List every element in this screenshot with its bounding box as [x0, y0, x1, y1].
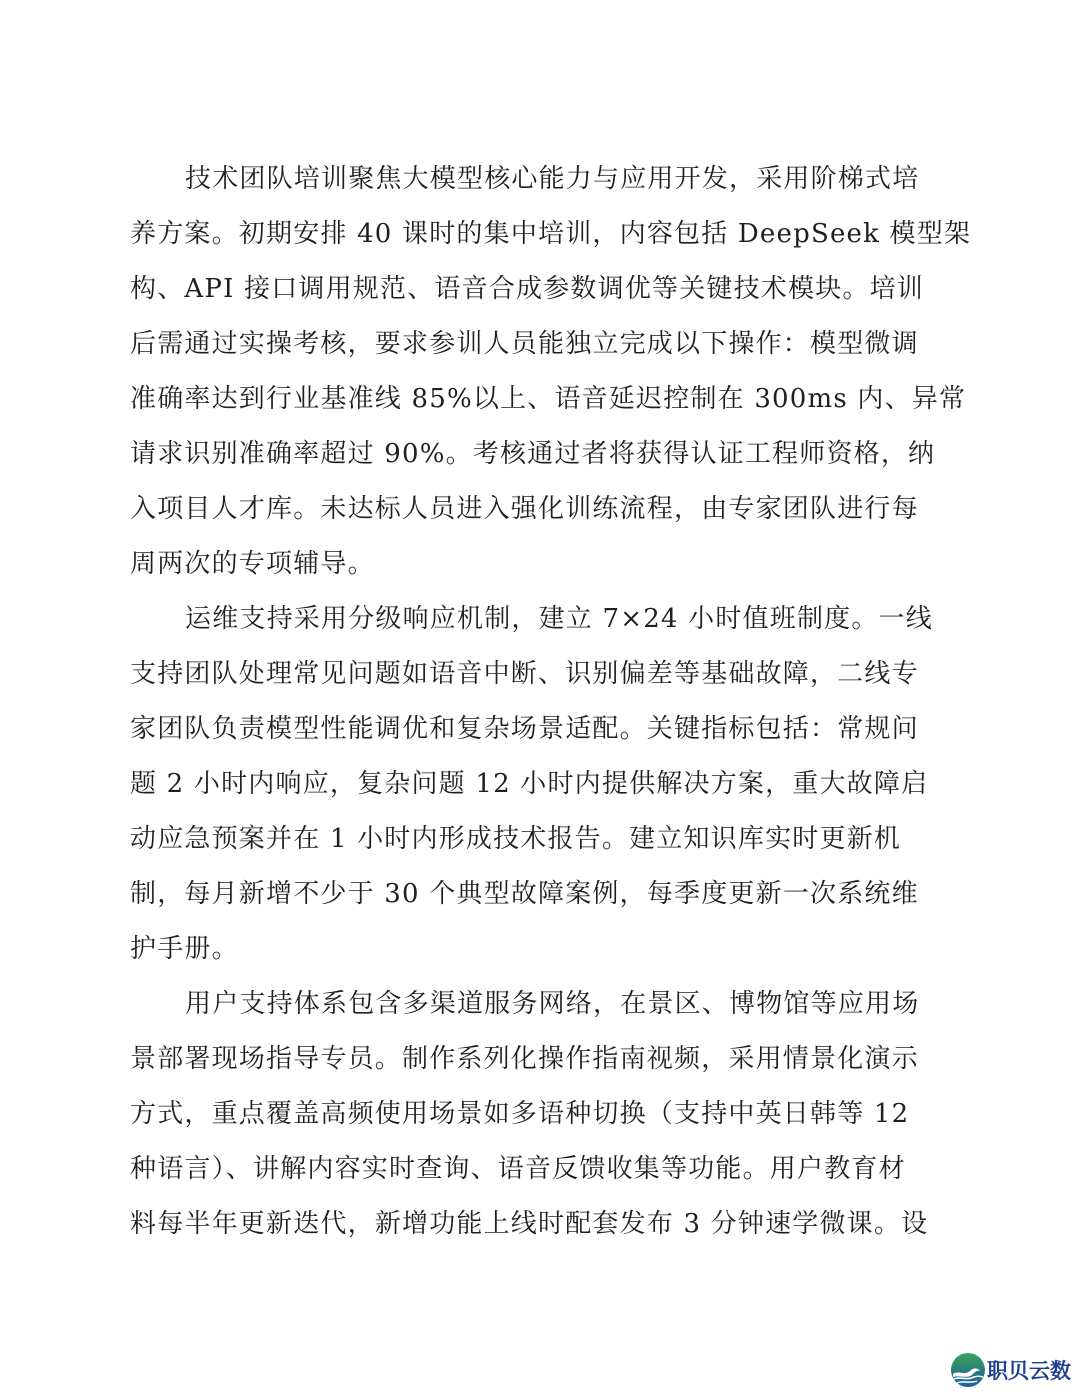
- text-line: 养方案。初期安排 40 课时的集中培训，内容包括 DeepSeek 模型架: [130, 207, 950, 262]
- text-line: 运维支持采用分级响应机制，建立 7×24 小时值班制度。一线: [130, 592, 950, 647]
- text-line: 请求识别准确率超过 90%。考核通过者将获得认证工程师资格，纳: [130, 427, 950, 482]
- text-line: 景部署现场指导专员。制作系列化操作指南视频，采用情景化演示: [130, 1032, 950, 1087]
- text-line: 后需通过实操考核，要求参训人员能独立完成以下操作：模型微调: [130, 317, 950, 372]
- text-line: 方式，重点覆盖高频使用场景如多语种切换（支持中英日韩等 12: [130, 1087, 950, 1142]
- text-line: 护手册。: [130, 922, 950, 977]
- text-line: 题 2 小时内响应，复杂问题 12 小时内提供解决方案，重大故障启: [130, 757, 950, 812]
- paragraph-user-support: 用户支持体系包含多渠道服务网络，在景区、博物馆等应用场 景部署现场指导专员。制作…: [130, 977, 950, 1252]
- watermark-logo: 职贝云数: [950, 1350, 1071, 1390]
- paragraph-training: 技术团队培训聚焦大模型核心能力与应用开发，采用阶梯式培 养方案。初期安排 40 …: [130, 152, 950, 592]
- text-line: 构、API 接口调用规范、语音合成参数调优等关键技术模块。培训: [130, 262, 950, 317]
- text-line: 家团队负责模型性能调优和复杂场景适配。关键指标包括：常规问: [130, 702, 950, 757]
- text-line: 动应急预案并在 1 小时内形成技术报告。建立知识库实时更新机: [130, 812, 950, 867]
- paragraph-operations: 运维支持采用分级响应机制，建立 7×24 小时值班制度。一线 支持团队处理常见问…: [130, 592, 950, 977]
- text-line: 制，每月新增不少于 30 个典型故障案例，每季度更新一次系统维: [130, 867, 950, 922]
- document-page: 技术团队培训聚焦大模型核心能力与应用开发，采用阶梯式培 养方案。初期安排 40 …: [0, 0, 1080, 1397]
- text-line: 入项目人才库。未达标人员进入强化训练流程，由专家团队进行每: [130, 482, 950, 537]
- text-line: 技术团队培训聚焦大模型核心能力与应用开发，采用阶梯式培: [130, 152, 950, 207]
- text-line: 种语言）、讲解内容实时查询、语音反馈收集等功能。用户教育材: [130, 1142, 950, 1197]
- document-body: 技术团队培训聚焦大模型核心能力与应用开发，采用阶梯式培 养方案。初期安排 40 …: [130, 152, 950, 1252]
- text-line: 准确率达到行业基准线 85%以上、语音延迟控制在 300ms 内、异常: [130, 372, 950, 427]
- text-line: 周两次的专项辅导。: [130, 537, 950, 592]
- watermark-text: 职贝云数: [987, 1355, 1071, 1385]
- text-line: 支持团队处理常见问题如语音中断、识别偏差等基础故障，二线专: [130, 647, 950, 702]
- text-line: 料每半年更新迭代，新增功能上线时配套发布 3 分钟速学微课。设: [130, 1197, 950, 1252]
- wave-globe-logo-icon: [950, 1352, 986, 1388]
- text-line: 用户支持体系包含多渠道服务网络，在景区、博物馆等应用场: [130, 977, 950, 1032]
